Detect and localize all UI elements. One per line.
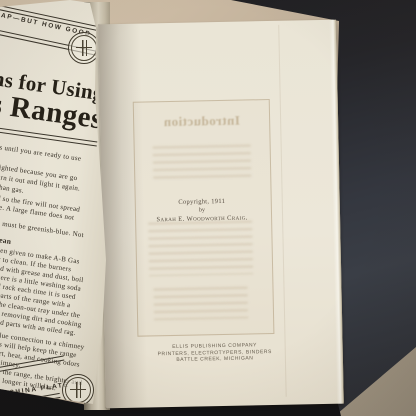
right-page: Introduction Copyright, 1911 by Sarah E.… [98, 20, 344, 409]
body-line: than gas. [0, 183, 24, 195]
left-page: AP—BUT HOW GOOD ns for Using s Ranges rs… [0, 0, 110, 412]
body-line: e must be greenish-blue. Not [0, 219, 84, 239]
publisher-imprint: ELLIS PUBLISHING COMPANY PRINTERS, ELECT… [155, 342, 275, 364]
showthrough-paragraph [153, 286, 248, 320]
showthrough-paragraph [153, 144, 252, 182]
publisher-seal-icon [68, 32, 100, 64]
copyright-line: Copyright, 1911 [142, 197, 262, 206]
seal-monogram [70, 382, 86, 398]
section-heading: lean [0, 235, 12, 246]
book-photo: Introduction Copyright, 1911 by Sarah E.… [0, 0, 416, 416]
copyright-by: by [142, 206, 262, 214]
copyright-block: Copyright, 1911 by Sarah E. Woodworth Cr… [142, 197, 262, 223]
body-line: rs until you are ready to use [0, 143, 82, 163]
showthrough-title: Introduction [134, 112, 269, 131]
showthrough-paragraph [148, 220, 253, 276]
page-crease [278, 25, 286, 397]
seal-monogram [76, 40, 92, 56]
